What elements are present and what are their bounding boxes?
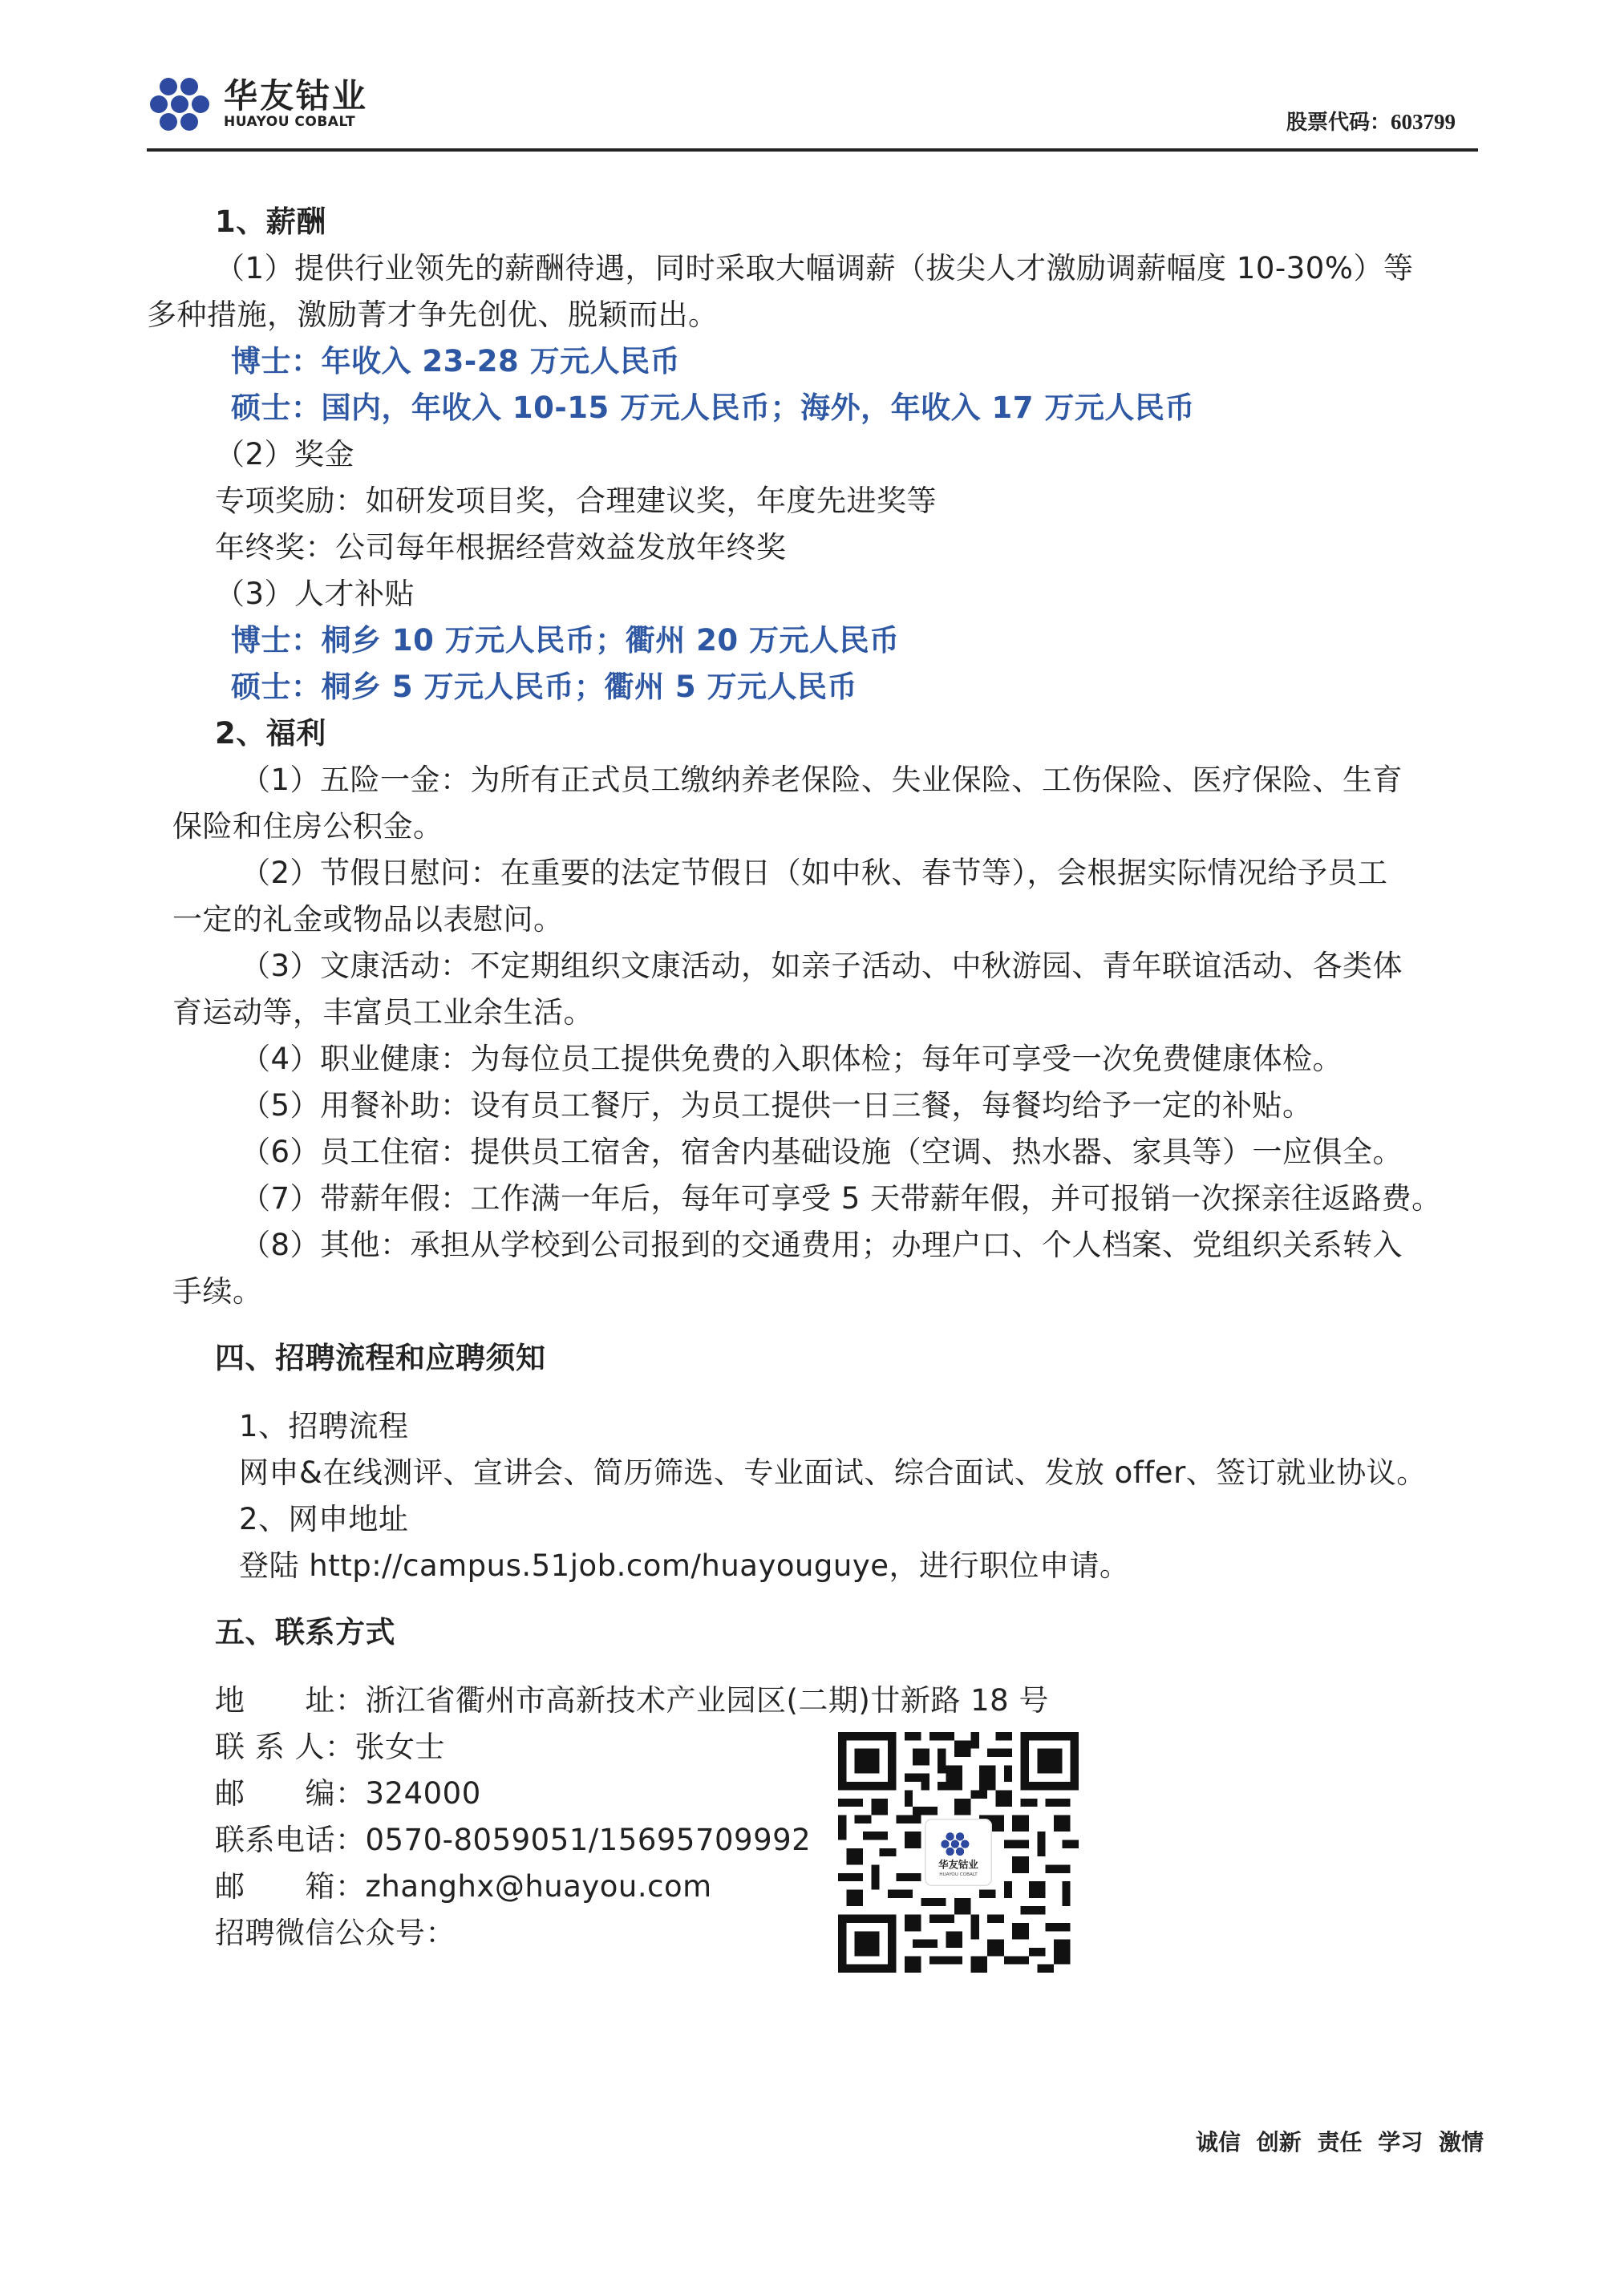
welfare-item-cont: 保险和住房公积金。 <box>172 809 443 844</box>
salary-paragraph-line1: （1）提供行业领先的薪酬待遇，同时采取大幅调薪（拔尖人才激励调薪幅度 10-30… <box>215 251 1413 286</box>
logo-english-name: HUAYOU COBALT <box>224 114 368 130</box>
section-heading-welfare: 2、福利 <box>215 716 326 751</box>
person-label: 联 系 人： <box>215 1730 355 1764</box>
master-income: 硕士：国内，年收入 10-15 万元人民币；海外，年收入 17 万元人民币 <box>231 391 1195 426</box>
bonus-special: 专项奖励：如研发项目奖，合理建议奖，年度先进奖等 <box>215 484 937 519</box>
logo-dots-icon <box>148 76 213 132</box>
welfare-item-cont: 育运动等，丰富员工业余生活。 <box>172 995 593 1030</box>
person-value: 张女士 <box>355 1730 446 1764</box>
svg-text:华友钴业: 华友钴业 <box>938 1859 978 1871</box>
process-text: 网申&在线测评、宣讲会、简历筛选、专业面试、综合面试、发放 offer、签订就业… <box>239 1455 1427 1491</box>
wechat-label: 招聘微信公众号： <box>215 1916 456 1951</box>
welfare-item-cont: 手续。 <box>172 1274 263 1309</box>
welfare-item: （4）职业健康：为每位员工提供免费的入职体检；每年可享受一次免费健康体检。 <box>241 1042 1343 1077</box>
welfare-item-cont: 一定的礼金或物品以表慰问。 <box>172 902 564 937</box>
svg-text:HUAYOU COBALT: HUAYOU COBALT <box>939 1872 978 1877</box>
stock-code-value: 603799 <box>1391 110 1456 134</box>
header-divider <box>147 148 1478 152</box>
email-value[interactable]: zhanghx@huayou.com <box>366 1869 712 1904</box>
phd-income: 博士：年收入 23-28 万元人民币 <box>231 344 680 379</box>
section-heading-salary: 1、薪酬 <box>215 204 326 240</box>
phd-subsidy: 博士：桐乡 10 万元人民币；衢州 20 万元人民币 <box>231 623 900 658</box>
page-header: 华友钴业 HUAYOU COBALT 股票代码：603799 <box>0 0 1624 160</box>
master-subsidy: 硕士：桐乡 5 万元人民币；衢州 5 万元人民币 <box>231 670 857 705</box>
welfare-item: （3）文康活动：不定期组织文康活动，如亲子活动、中秋游园、青年联谊活动、各类体 <box>241 949 1403 984</box>
zip-label: 邮 编： <box>215 1776 366 1811</box>
zip-value: 324000 <box>366 1776 481 1811</box>
bonus-yearend: 年终奖：公司每年根据经营效益发放年终奖 <box>215 530 787 565</box>
welfare-item: （5）用餐补助：设有员工餐厅，为员工提供一日三餐，每餐均给予一定的补贴。 <box>241 1088 1313 1123</box>
welfare-item: （1）五险一金：为所有正式员工缴纳养老保险、失业保险、工伤保险、医疗保险、生育 <box>241 763 1403 798</box>
section-heading-contact: 五、联系方式 <box>215 1615 395 1650</box>
contact-email: 邮 箱：zhanghx@huayou.com <box>215 1869 712 1904</box>
welfare-item: （7）带薪年假：工作满一年后，每年可享受 5 天带薪年假，并可报销一次探亲往返路… <box>241 1181 1442 1216</box>
bonus-heading: （2）奖金 <box>215 437 354 472</box>
wechat-qr-code: 华友钴业 HUAYOU COBALT <box>838 1732 1079 1973</box>
contact-zip: 邮 编：324000 <box>215 1776 481 1811</box>
phone-label: 联系电话： <box>215 1823 366 1857</box>
logo-chinese-name: 华友钴业 <box>224 79 368 114</box>
company-logo: 华友钴业 HUAYOU COBALT <box>148 76 368 132</box>
stock-code: 股票代码：603799 <box>1286 106 1456 136</box>
address-label: 地 址： <box>215 1683 366 1718</box>
stock-code-label: 股票代码： <box>1286 111 1391 135</box>
apply-text[interactable]: 登陆 http://campus.51job.com/huayouguye，进行… <box>239 1548 1130 1584</box>
contact-person: 联 系 人：张女士 <box>215 1730 445 1765</box>
company-values: 诚信 创新 责任 学习 激情 <box>1196 2125 1484 2157</box>
process-heading: 1、招聘流程 <box>239 1409 409 1444</box>
phone-value: 0570-8059051/15695709992 <box>366 1823 812 1857</box>
apply-heading: 2、网申地址 <box>239 1502 409 1537</box>
address-value: 浙江省衢州市高新技术产业园区(二期)廿新路 18 号 <box>366 1683 1049 1718</box>
contact-address: 地 址：浙江省衢州市高新技术产业园区(二期)廿新路 18 号 <box>215 1683 1049 1718</box>
welfare-item: （8）其他：承担从学校到公司报到的交通费用；办理户口、个人档案、党组织关系转入 <box>241 1228 1403 1263</box>
welfare-item: （2）节假日慰问：在重要的法定节假日（如中秋、春节等），会根据实际情况给予员工 <box>241 856 1388 891</box>
contact-phone: 联系电话：0570-8059051/15695709992 <box>215 1823 811 1858</box>
section-heading-recruitment: 四、招聘流程和应聘须知 <box>215 1341 546 1376</box>
email-label: 邮 箱： <box>215 1869 366 1904</box>
salary-paragraph-line2: 多种措施，激励菁才争先创优、脱颖而出。 <box>147 297 719 333</box>
welfare-item: （6）员工住宿：提供员工宿舍，宿舍内基础设施（空调、热水器、家具等）一应俱全。 <box>241 1135 1403 1170</box>
subsidy-heading: （3）人才补贴 <box>215 577 415 612</box>
